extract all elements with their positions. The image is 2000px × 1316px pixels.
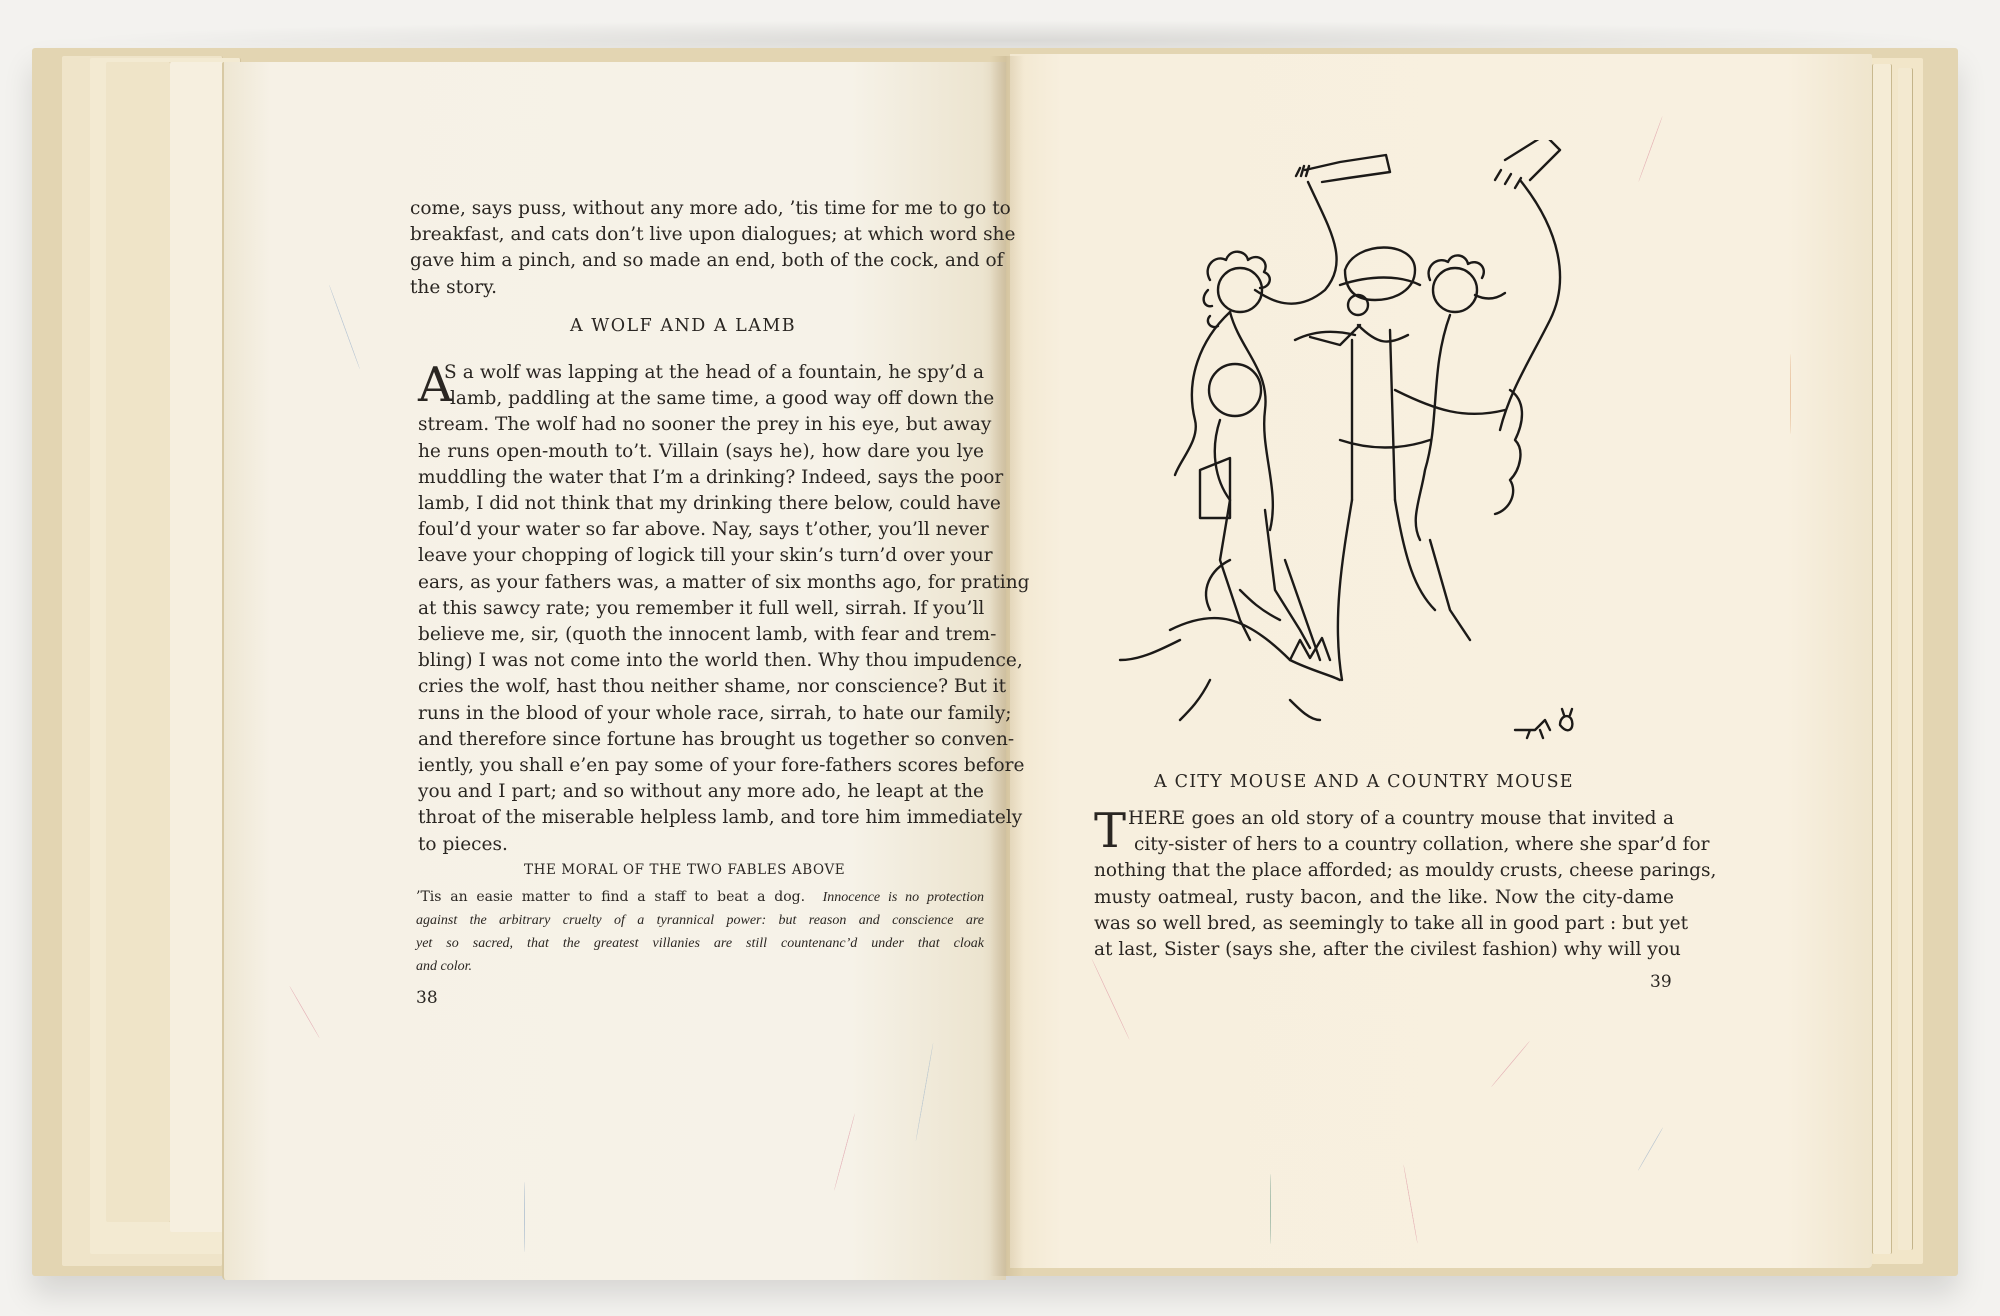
moral-italic: against the arbitrary cruelty of a tyran… <box>416 913 984 928</box>
text-line: nothing that the place afforded; as moul… <box>1094 858 1674 884</box>
moral-line: ’Tis an easie matter to find a staff to … <box>416 886 984 909</box>
moral-roman: ’Tis an easie matter to find a staff to … <box>416 889 805 905</box>
paper-fiber <box>1091 958 1130 1040</box>
story-continuation: come, says puss, without any more ado, ’… <box>410 196 982 301</box>
fable-title-city-country-mouse: A CITY MOUSE AND A COUNTRY MOUSE <box>1154 772 1574 792</box>
left-page-edges <box>106 62 171 1222</box>
text-line: was so well bred, as seemingly to take a… <box>1094 911 1674 937</box>
paper-fiber <box>915 1043 933 1142</box>
text-line: breakfast, and cats don’t live upon dial… <box>410 222 982 248</box>
paper-fiber <box>1270 1174 1271 1244</box>
text-line: he runs open-mouth to’t. Villain (says h… <box>418 439 984 465</box>
text-line: to pieces. <box>418 832 984 858</box>
text-line: foul’d your water so far above. Nay, say… <box>418 517 984 543</box>
moral-title: THE MORAL OF THE TWO FABLES ABOVE <box>524 862 845 878</box>
paper-fiber <box>1403 1165 1418 1244</box>
text-line: at this sawcy rate; you remember it full… <box>418 596 984 622</box>
text-line: muddling the water that I’m a drinking? … <box>418 465 984 491</box>
moral-line: and color. <box>416 955 984 978</box>
right-page-edges <box>1872 64 1892 1254</box>
moral-line: yet so sacred, that the greatest villani… <box>416 932 984 955</box>
fable-title-wolf-lamb: A WOLF AND A LAMB <box>570 316 796 336</box>
page-number-left: 38 <box>416 988 438 1008</box>
moral-italic: Innocence is no protection <box>823 890 984 905</box>
text-line: iently, you shall e’en pay some of your … <box>418 753 984 779</box>
text-line: musty oatmeal, rusty bacon, and the like… <box>1094 885 1674 911</box>
right-page-edges <box>1898 68 1913 1250</box>
text-line: S a wolf was lapping at the head of a fo… <box>418 360 984 386</box>
text-line: lamb, I did not think that my drinking t… <box>418 491 984 517</box>
paper-fiber <box>1491 1041 1530 1088</box>
fable-body-city-country-mouse: T HERE goes an old story of a country mo… <box>1094 806 1674 963</box>
text-line: ears, as your fathers was, a matter of s… <box>418 570 984 596</box>
left-page-edges <box>170 62 227 1232</box>
text-line: runs in the blood of your whole race, si… <box>418 701 984 727</box>
text-line: HERE goes an old story of a country mous… <box>1094 806 1674 832</box>
text-line: the story. <box>410 275 982 301</box>
text-line: bling) I was not come into the world the… <box>418 648 984 674</box>
text-line: stream. The wolf had no sooner the prey … <box>418 412 984 438</box>
text-line: cries the wolf, hast thou neither shame,… <box>418 674 984 700</box>
ink-line-drawing-icon <box>1090 140 1650 760</box>
text-line: gave him a pinch, and so made an end, bo… <box>410 248 982 274</box>
moral-text: ’Tis an easie matter to find a staff to … <box>416 886 984 978</box>
text-line: you and I part; and so without any more … <box>418 779 984 805</box>
text-line: throat of the miserable helpless lamb, a… <box>418 805 984 831</box>
text-line: leave your chopping of logick till your … <box>418 543 984 569</box>
moral-line: against the arbitrary cruelty of a tyran… <box>416 909 984 932</box>
text-line: at last, Sister (says she, after the civ… <box>1094 937 1674 963</box>
paper-fiber <box>834 1113 856 1191</box>
text-line: lamb, paddling at the same time, a good … <box>418 386 984 412</box>
paper-fiber <box>289 986 320 1038</box>
moral-italic: and color. <box>416 959 472 974</box>
fable-body-wolf-lamb: A S a wolf was lapping at the head of a … <box>418 360 984 858</box>
text-line: city-sister of hers to a country collati… <box>1094 832 1674 858</box>
paper-fiber <box>524 1182 525 1252</box>
paper-fiber <box>1790 354 1791 434</box>
paper-fiber <box>329 285 361 370</box>
text-line: believe me, sir, (quoth the innocent lam… <box>418 622 984 648</box>
paper-fiber <box>1638 1127 1664 1171</box>
page-number-right: 39 <box>1650 972 1672 992</box>
text-line: and therefore since fortune has brought … <box>418 727 984 753</box>
moral-italic: yet so sacred, that the greatest villani… <box>416 936 984 951</box>
text-line: come, says puss, without any more ado, ’… <box>410 196 982 222</box>
